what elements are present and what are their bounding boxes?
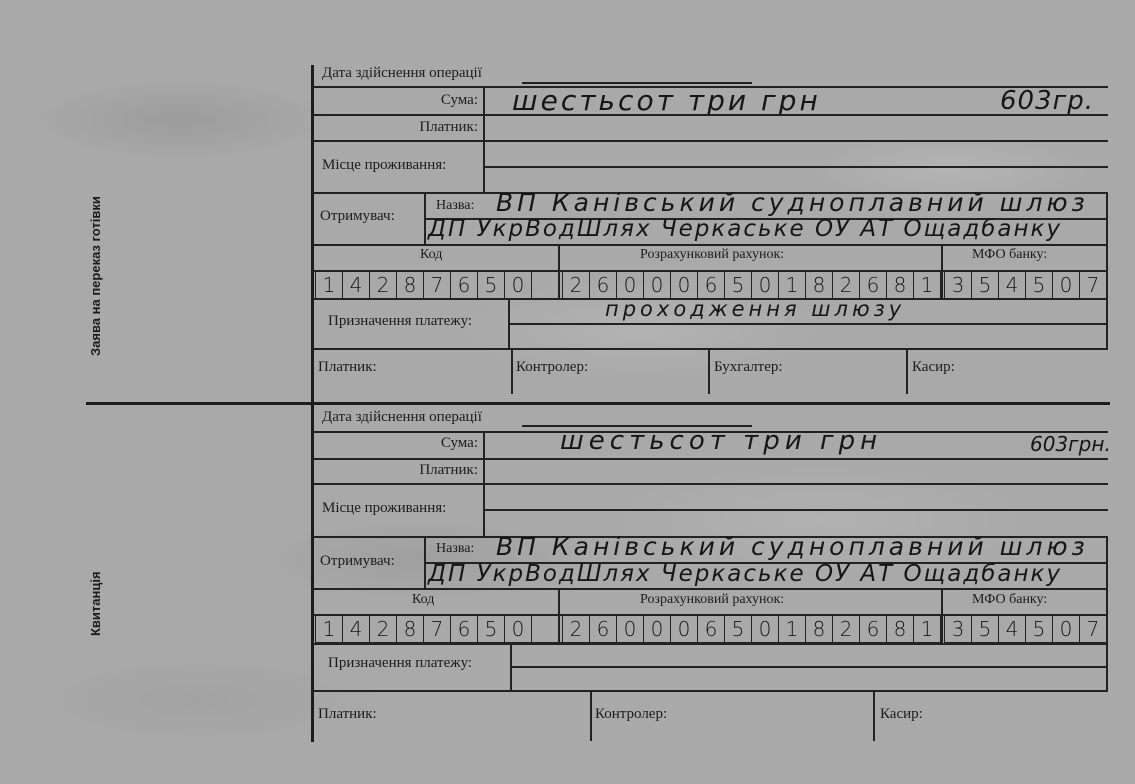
mfo-digit[interactable]: 7 xyxy=(1080,615,1107,643)
account-digit[interactable]: 6 xyxy=(590,271,617,299)
code-digit[interactable]: 8 xyxy=(397,271,424,299)
mfo-cells: 3 5 4 5 0 7 xyxy=(944,615,1107,643)
row-line xyxy=(313,244,1108,246)
account-digit[interactable]: 0 xyxy=(752,271,779,299)
sign-controller-label: Контролер: xyxy=(516,359,588,376)
account-label: Розрахунковий рахунок: xyxy=(640,592,784,608)
sum-label: Сума: xyxy=(320,435,478,452)
account-digit[interactable]: 5 xyxy=(725,615,752,643)
mfo-digit[interactable]: 7 xyxy=(1080,271,1107,299)
row-line xyxy=(485,509,1108,511)
recipient-name-line2[interactable]: ДП УкрВодШлях Черкаське ОУ АТ Ощадбанку xyxy=(428,561,1062,587)
recipient-name-line1[interactable]: ВП Канівський судноплавний шлюз xyxy=(496,532,1089,561)
account-cells: 2 6 0 0 0 6 5 0 1 8 2 6 8 1 xyxy=(562,271,941,299)
account-digit[interactable]: 2 xyxy=(833,615,860,643)
right-border xyxy=(1106,536,1108,691)
sign-payer-label: Платник: xyxy=(318,706,377,723)
sign-cashier-label: Касир: xyxy=(912,359,955,376)
purpose-value[interactable]: проходження шлюзу xyxy=(605,297,905,321)
code-digit[interactable]: 7 xyxy=(424,271,451,299)
account-digit[interactable]: 0 xyxy=(644,615,671,643)
sign-divider xyxy=(906,349,908,394)
code-digit[interactable]: 4 xyxy=(343,271,370,299)
purpose-label: Призначення платежу: xyxy=(328,313,472,330)
sign-cashier-label: Касир: xyxy=(880,706,923,723)
code-digit[interactable]: 0 xyxy=(505,271,532,299)
mfo-cells: 3 5 4 5 0 7 xyxy=(944,271,1107,299)
purpose-label: Призначення платежу: xyxy=(328,655,472,672)
section-divider xyxy=(86,402,1110,405)
code-digit[interactable]: 6 xyxy=(451,615,478,643)
account-label: Розрахунковий рахунок: xyxy=(640,247,784,263)
code-digit[interactable]: 2 xyxy=(370,615,397,643)
account-digit[interactable]: 2 xyxy=(562,271,590,299)
account-digit[interactable]: 2 xyxy=(833,271,860,299)
account-digit[interactable]: 0 xyxy=(671,615,698,643)
code-cells: 1 4 2 8 7 6 5 0 xyxy=(315,271,563,299)
account-digit[interactable]: 1 xyxy=(779,615,806,643)
code-digit[interactable]: 7 xyxy=(424,615,451,643)
sign-divider xyxy=(590,691,592,741)
code-digit[interactable]: 4 xyxy=(343,615,370,643)
code-digit[interactable] xyxy=(532,271,563,299)
mfo-digit[interactable]: 4 xyxy=(999,615,1026,643)
account-digit[interactable]: 0 xyxy=(617,271,644,299)
account-digit[interactable]: 8 xyxy=(806,271,833,299)
code-digit[interactable]: 1 xyxy=(315,271,343,299)
account-digit[interactable]: 6 xyxy=(860,615,887,643)
account-digit[interactable]: 1 xyxy=(779,271,806,299)
sign-controller-label: Контролер: xyxy=(595,706,667,723)
recipient-name-line1[interactable]: ВП Канівський судноплавний шлюз xyxy=(496,188,1089,217)
account-digit[interactable]: 0 xyxy=(671,271,698,299)
row-line xyxy=(313,114,1108,116)
payer-label: Платник: xyxy=(320,119,478,136)
account-digit[interactable]: 8 xyxy=(887,615,914,643)
payer-label: Платник: xyxy=(320,462,478,479)
row-line xyxy=(313,690,1108,692)
recipient-label: Отримувач: xyxy=(320,553,395,570)
account-digit[interactable]: 2 xyxy=(562,615,590,643)
side-label-receipt: Квитанція xyxy=(88,571,103,636)
mfo-digit[interactable]: 5 xyxy=(1026,615,1053,643)
code-digit[interactable] xyxy=(532,615,563,643)
mfo-digit[interactable]: 3 xyxy=(944,271,972,299)
name-label: Назва: xyxy=(436,541,474,557)
row-line xyxy=(485,166,1108,168)
code-digit[interactable]: 5 xyxy=(478,271,505,299)
residence-label: Місце проживання: xyxy=(322,500,446,517)
account-digit[interactable]: 6 xyxy=(590,615,617,643)
sign-divider xyxy=(708,349,710,394)
residence-label: Місце проживання: xyxy=(322,157,446,174)
row-line xyxy=(313,483,1108,485)
account-digit[interactable]: 0 xyxy=(752,615,779,643)
recipient-name-line2[interactable]: ДП УкрВодШлях Черкаське ОУ АТ Ощадбанку xyxy=(428,216,1062,242)
mfo-digit[interactable]: 5 xyxy=(1026,271,1053,299)
mfo-digit[interactable]: 5 xyxy=(972,271,999,299)
row-line xyxy=(313,140,1108,142)
row-line xyxy=(313,458,1108,460)
code-cells: 1 4 2 8 7 6 5 0 xyxy=(315,615,563,643)
mfo-digit[interactable]: 5 xyxy=(972,615,999,643)
row-line xyxy=(512,666,1108,668)
sum-words-value[interactable]: шестьсот три грн xyxy=(560,426,882,456)
account-digit[interactable]: 0 xyxy=(617,615,644,643)
sign-payer-label: Платник: xyxy=(318,359,377,376)
sign-accountant-label: Бухгалтер: xyxy=(714,359,783,376)
mfo-digit[interactable]: 0 xyxy=(1053,271,1080,299)
mfo-divider xyxy=(941,588,943,645)
date-label: Дата здійснення операції xyxy=(322,65,482,82)
mfo-digit[interactable]: 3 xyxy=(944,615,972,643)
account-digit[interactable]: 8 xyxy=(806,615,833,643)
sum-digits-value[interactable]: 603гр. xyxy=(1000,86,1094,116)
code-digit[interactable]: 1 xyxy=(315,615,343,643)
account-digit[interactable]: 6 xyxy=(860,271,887,299)
code-digit[interactable]: 2 xyxy=(370,271,397,299)
sum-digits-value[interactable]: 603грн. xyxy=(1030,432,1111,456)
code-label: Код xyxy=(420,247,442,263)
name-label: Назва: xyxy=(436,198,474,214)
code-digit[interactable]: 5 xyxy=(478,615,505,643)
recipient-label: Отримувач: xyxy=(320,208,395,225)
right-border xyxy=(1106,192,1108,349)
account-digit[interactable]: 6 xyxy=(698,615,725,643)
row-line xyxy=(313,588,1108,590)
sign-divider xyxy=(511,349,513,394)
mfo-digit[interactable]: 0 xyxy=(1053,615,1080,643)
sum-words-value[interactable]: шестьсот три грн xyxy=(512,84,821,117)
sign-divider xyxy=(873,691,875,741)
row-line xyxy=(313,348,1108,350)
code-digit[interactable]: 6 xyxy=(451,271,478,299)
account-digit[interactable]: 5 xyxy=(725,271,752,299)
date-label: Дата здійснення операції xyxy=(322,409,482,426)
account-digit[interactable]: 0 xyxy=(644,271,671,299)
account-digit[interactable]: 1 xyxy=(914,271,941,299)
account-digit[interactable]: 8 xyxy=(887,271,914,299)
mfo-label: МФО банку: xyxy=(972,592,1047,608)
row-line xyxy=(313,643,1108,645)
account-cells: 2 6 0 0 0 6 5 0 1 8 2 6 8 1 xyxy=(562,615,941,643)
account-digit[interactable]: 1 xyxy=(914,615,941,643)
account-digit[interactable]: 6 xyxy=(698,271,725,299)
side-label-application: Заява на переказ готівки xyxy=(88,196,103,356)
code-digit[interactable]: 8 xyxy=(397,615,424,643)
row-line xyxy=(510,323,1108,325)
code-label: Код xyxy=(412,592,434,608)
code-digit[interactable]: 0 xyxy=(505,615,532,643)
mfo-digit[interactable]: 4 xyxy=(999,271,1026,299)
mfo-label: МФО банку: xyxy=(972,247,1047,263)
sum-label: Сума: xyxy=(320,92,478,109)
